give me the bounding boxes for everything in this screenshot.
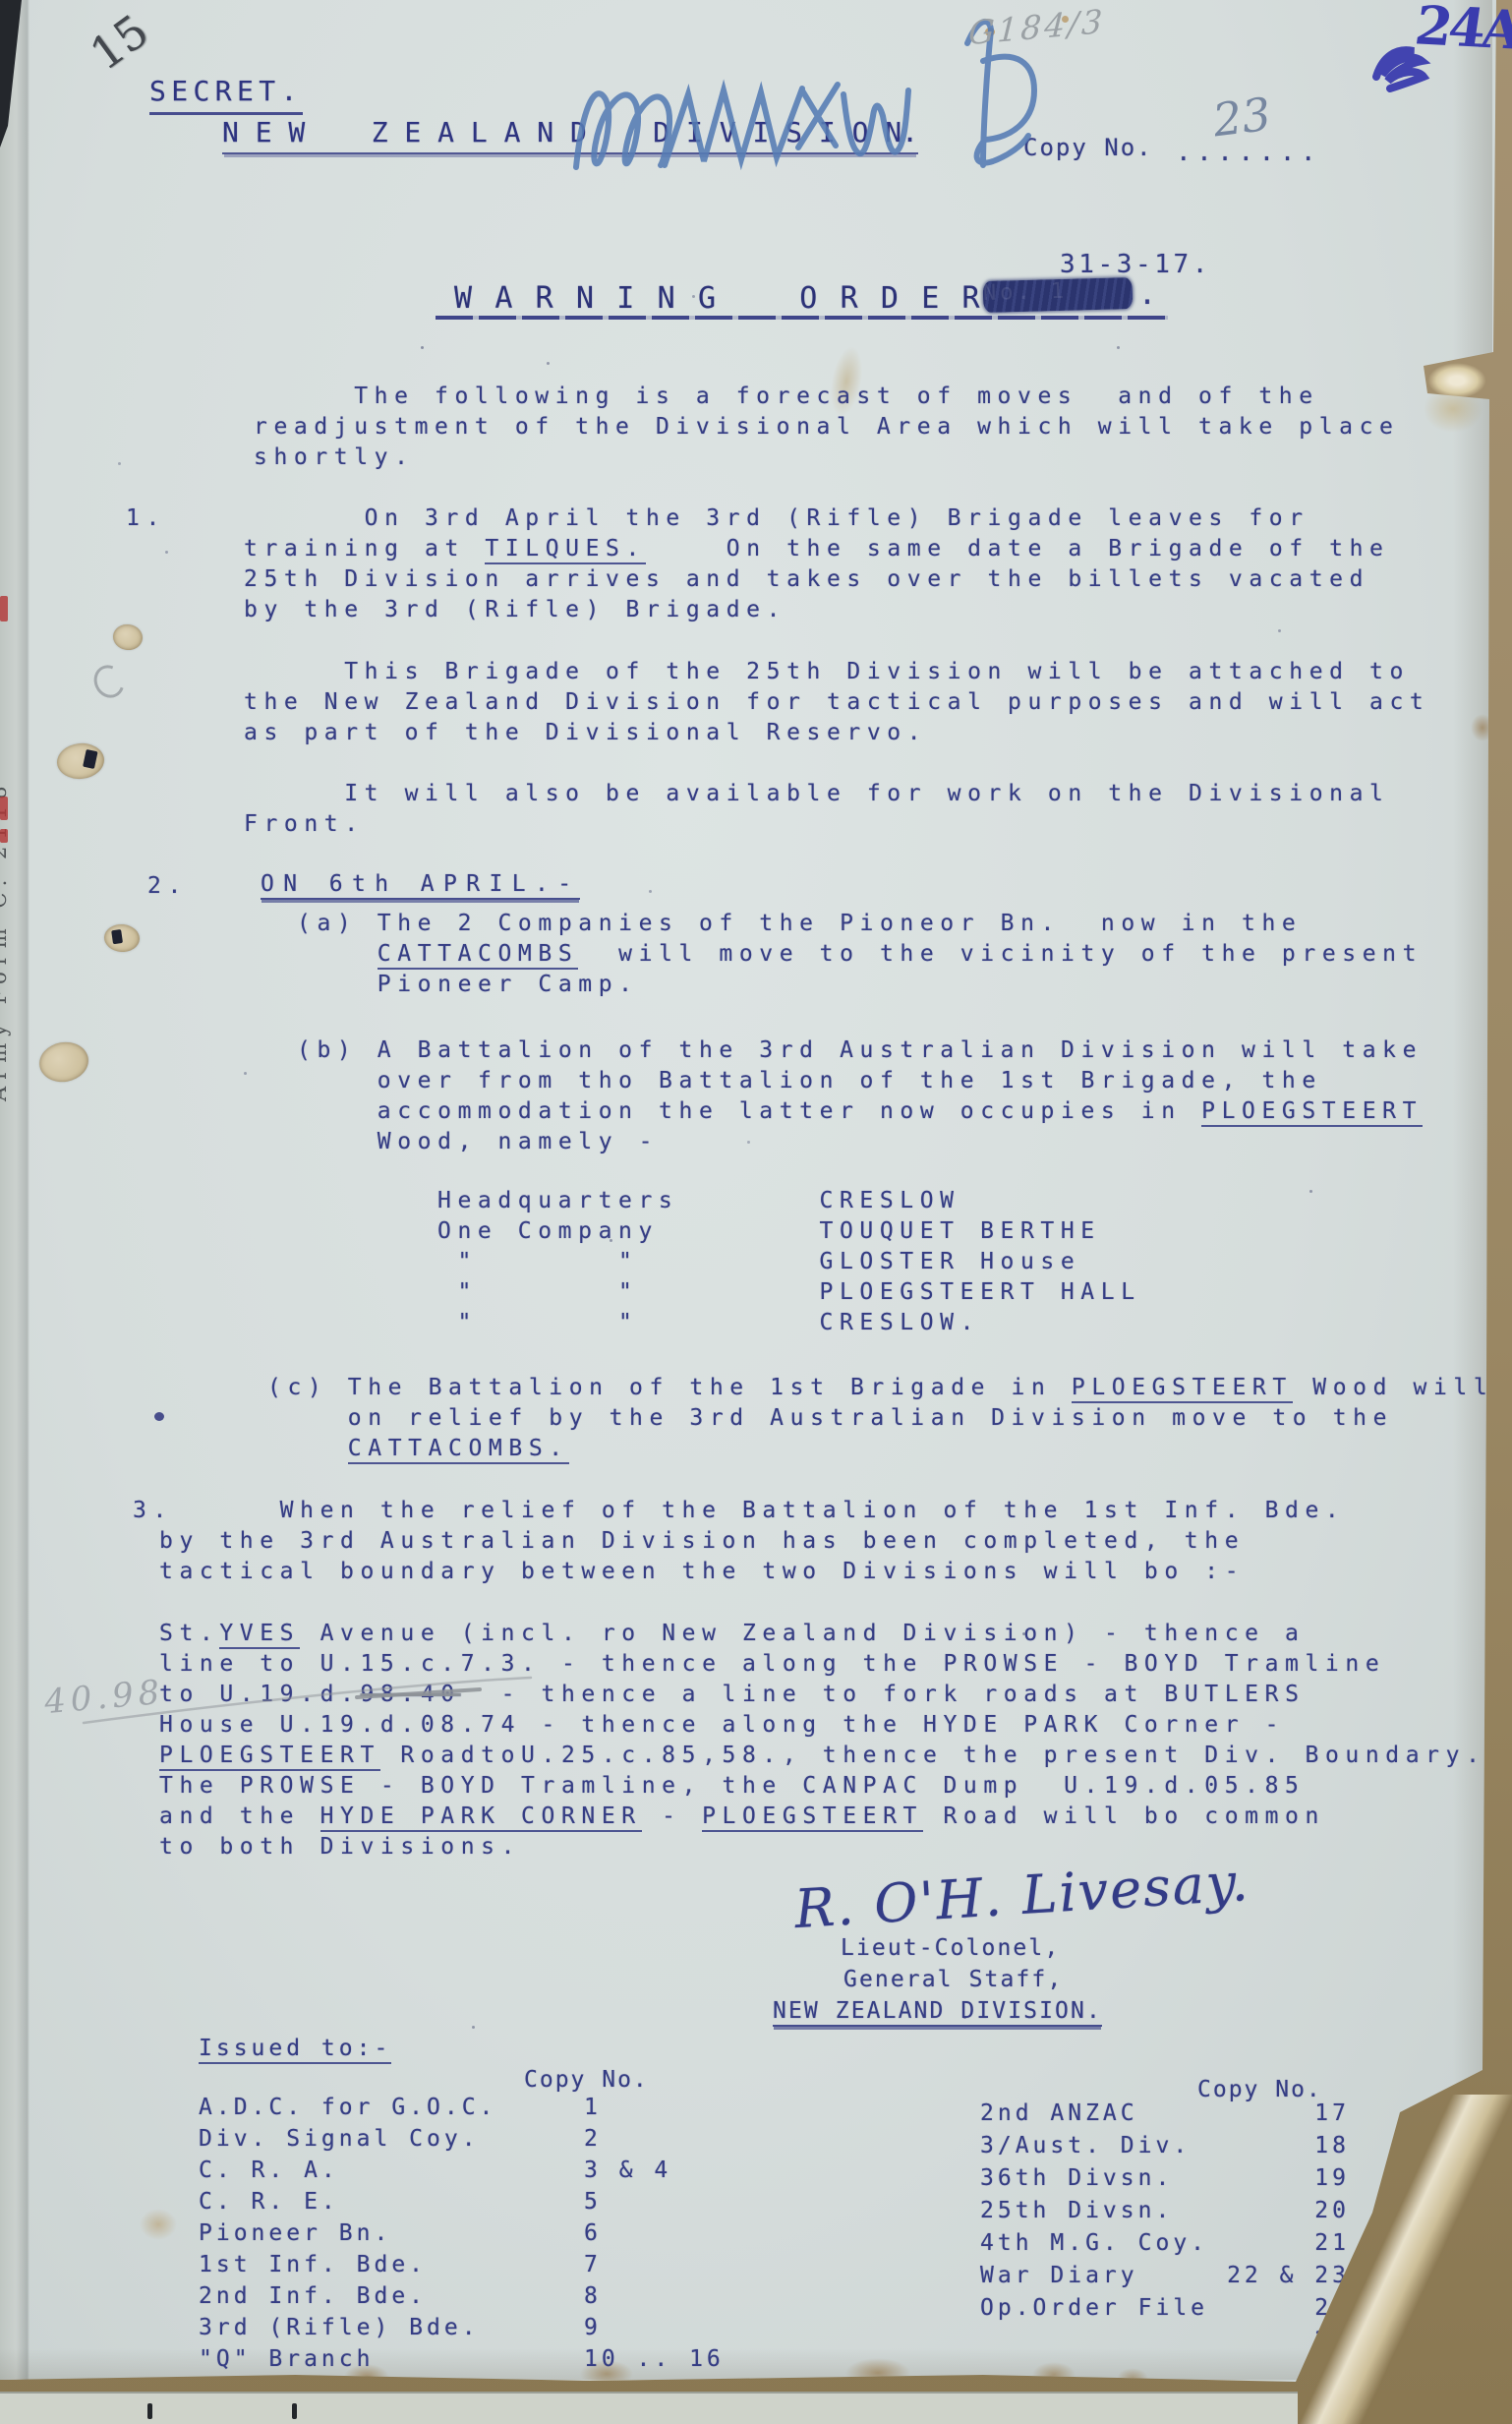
text: training at	[244, 536, 485, 562]
stain	[985, 28, 995, 36]
distribution-row: Pioneer Bn.6	[199, 2220, 496, 2252]
typed-line: and the HYDE PARK CORNER - PLOEGSTEERT R…	[159, 1802, 1486, 1832]
underlined-text: YVES	[219, 1621, 300, 1649]
typed-line: accommodation the latter now occupies in…	[297, 1096, 1423, 1127]
unit-name: 1st Inf. Bde.	[199, 2252, 427, 2277]
unit-name: 3/Aust. Div.	[980, 2133, 1191, 2158]
section2-item-c: (c) The Battalion of the 1st Brigade in …	[267, 1373, 1493, 1464]
copy-number: 5	[584, 2189, 602, 2215]
typed-line: Headquarters CRESLOW	[437, 1186, 1141, 1216]
copy-number: 22 & 23	[1177, 2263, 1350, 2288]
order-date: 31-3-17.	[1060, 250, 1211, 279]
typed-line: (c) The Battalion of the 1st Brigade in …	[267, 1373, 1493, 1403]
punch-hole	[36, 1038, 91, 1086]
distribution-row: 25	[980, 2328, 1208, 2360]
unit-name: C. R. A.	[199, 2158, 339, 2183]
typed-line: on relief by the 3rd Australian Division…	[267, 1403, 1493, 1434]
order-title-underline	[436, 316, 1168, 320]
copy-number: 1	[584, 2095, 602, 2120]
typed-line: On 3rd April the 3rd (Rifle) Brigade lea…	[244, 503, 1390, 534]
typed-line: CATTACOMBS.	[267, 1434, 1493, 1464]
typed-line: House U.19.d.08.74 - thence along the HY…	[159, 1710, 1486, 1741]
division-title: N E W Z E A L A N D D I V I S I O N.	[222, 116, 918, 154]
unit-name: A.D.C. for G.O.C.	[199, 2095, 496, 2120]
paper-sheet: Army Form C. 2118 SECR	[0, 0, 1512, 2424]
order-title: W A R N I N G O R D E R	[454, 281, 982, 316]
typed-line: readjustment of the Divisional Area whic…	[254, 412, 1400, 443]
text: This Brigade of the 25th Division will b…	[244, 659, 1410, 684]
copy-number: 6	[584, 2220, 602, 2246]
unit-name: C. R. E.	[199, 2189, 339, 2215]
text: by the 3rd Australian Division has been …	[159, 1528, 1245, 1554]
typed-line: Wood, namely -	[297, 1127, 1423, 1157]
copy-number: 17	[1177, 2100, 1350, 2126]
text: to U.19.d.	[159, 1682, 360, 1707]
ink-fragment	[83, 749, 97, 769]
text: readjustment of the Divisional Area whic…	[254, 414, 1400, 440]
boundary-paragraph: St.YVES Avenue (incl. ro New Zealand Div…	[159, 1619, 1486, 1862]
typed-line: training at TILQUES. On the same date a …	[244, 534, 1390, 564]
underlined-text: PLOEGSTEERT	[1072, 1375, 1293, 1403]
red-edge-mark	[0, 596, 8, 621]
typed-line: (a) The 2 Companies of the Pioneor Bn. n…	[297, 909, 1423, 939]
typed-line: 25th Division arrives and takes over the…	[244, 564, 1390, 595]
scanned-document-page: Army Form C. 2118 SECR	[0, 0, 1512, 2424]
unit-name: Op.Order File	[980, 2295, 1208, 2321]
distribution-row: "Q" Branch10 .. 16	[199, 2346, 496, 2378]
section2-item-b: (b) A Battalion of the 3rd Australian Di…	[297, 1035, 1423, 1157]
stain	[140, 2209, 177, 2240]
typed-line: PLOEGSTEERT RoadtoU.25.c.85,58., thence …	[159, 1741, 1486, 1771]
typed-line: as part of the Divisional Reservo.	[244, 718, 1429, 748]
typed-line: The PROWSE - BOYD Tramline, the CANPAC D…	[159, 1771, 1486, 1802]
typed-line: tactical boundary between the two Divisi…	[159, 1557, 1345, 1587]
copy-number: 21	[1177, 2230, 1350, 2256]
text: accommodation the latter now occupies in	[297, 1098, 1201, 1124]
distribution-row: War Diary22 & 23	[980, 2263, 1208, 2295]
copy-no-header-right: Copy No.	[1197, 2077, 1322, 2102]
pencil-c-mark	[88, 660, 130, 702]
billeting-table: Headquarters CRESLOWOne Company TOUQUET …	[437, 1186, 1141, 1338]
text: Road will bo common	[923, 1803, 1325, 1829]
ink-specks	[421, 346, 424, 349]
text: When the relief of the Battalion of the …	[159, 1498, 1345, 1523]
text: the New Zealand Division for tactical pu…	[244, 689, 1429, 715]
text: - thence a line to fork roads at BUTLERS	[461, 1682, 1306, 1707]
text: " " CRESLOW.	[437, 1310, 980, 1335]
copy-number: 9	[584, 2315, 602, 2340]
text	[267, 1436, 348, 1461]
signature-division: NEW ZEALAND DIVISION.	[773, 1998, 1102, 2027]
section3-paragraph: When the relief of the Battalion of the …	[159, 1496, 1345, 1587]
text: shortly.	[254, 444, 415, 470]
text: line to U.15.c.7.3. - thence along the P…	[159, 1651, 1385, 1677]
typed-line: CATTACOMBS will move to the vicinity of …	[297, 939, 1423, 970]
unit-name: 25th Divsn.	[980, 2198, 1173, 2223]
typed-line: One Company TOUQUET BERTHE	[437, 1216, 1141, 1247]
typed-line: This Brigade of the 25th Division will b…	[244, 657, 1429, 687]
section-number-2: 2.	[147, 871, 188, 902]
distribution-row: 3rd (Rifle) Bde.9	[199, 2315, 496, 2346]
typed-line: It will also be available for work on th…	[244, 779, 1390, 809]
stain	[1062, 16, 1069, 23]
distribution-row: 36th Divsn.19	[980, 2165, 1208, 2198]
distribution-row: C. R. A.3 & 4	[199, 2158, 496, 2189]
unit-name: 2nd ANZAC	[980, 2100, 1138, 2126]
signature-staff: General Staff,	[843, 1967, 1063, 1992]
text: " " PLOEGSTEERT HALL	[437, 1279, 1141, 1305]
text: -	[642, 1803, 702, 1829]
distribution-row: Op.Order File24	[980, 2295, 1208, 2328]
text: St.	[159, 1621, 219, 1646]
typed-line: (b) A Battalion of the 3rd Australian Di…	[297, 1035, 1423, 1066]
distribution-row: 2nd Inf. Bde.8	[199, 2283, 496, 2315]
section-number-3: 3.	[133, 1496, 173, 1526]
issued-to-label: Issued to:-	[199, 2036, 391, 2064]
punch-hole	[111, 622, 144, 652]
edge-mark	[292, 2403, 297, 2419]
text: on relief by the 3rd Australian Division…	[267, 1405, 1393, 1431]
copy-number: 24	[1177, 2295, 1350, 2321]
typed-line: " " CRESLOW.	[437, 1308, 1141, 1338]
edge-mark	[147, 2403, 152, 2419]
typed-line: line to U.15.c.7.3. - thence along the P…	[159, 1649, 1486, 1680]
distribution-row: 4th M.G. Coy.21	[980, 2230, 1208, 2263]
text: On 3rd April the 3rd (Rifle) Brigade lea…	[244, 505, 1309, 531]
text: Headquarters CRESLOW	[437, 1188, 960, 1213]
typed-line: by the 3rd (Rifle) Brigade.	[244, 595, 1390, 625]
punch-hole	[55, 741, 106, 782]
signature-rank: Lieut-Colonel,	[841, 1935, 1060, 1961]
ink-dot	[154, 1412, 164, 1421]
text: (b) A Battalion of the 3rd Australian Di…	[297, 1037, 1423, 1063]
distribution-row: C. R. E.5	[199, 2189, 496, 2220]
underlined-text: TILQUES.	[485, 536, 646, 564]
text: Avenue (incl. ro New Zealand Division) -…	[300, 1621, 1305, 1646]
distribution-row: 2nd ANZAC17	[980, 2100, 1208, 2133]
text: House U.19.d.08.74 - thence along the HY…	[159, 1712, 1285, 1738]
unit-name: 4th M.G. Coy.	[980, 2230, 1208, 2256]
classification-label: SECRET.	[149, 75, 303, 115]
text: The PROWSE - BOYD Tramline, the CANPAC D…	[159, 1773, 1306, 1799]
text: (c) The Battalion of the 1st Brigade in	[267, 1375, 1072, 1400]
text: 25th Division arrives and takes over the…	[244, 566, 1369, 592]
typed-line: shortly.	[254, 443, 1400, 473]
copy-number: 19	[1177, 2165, 1350, 2191]
underlined-text: CATTACOMBS.	[348, 1436, 569, 1464]
unit-name: Div. Signal Coy.	[199, 2126, 480, 2152]
text: and the	[159, 1803, 320, 1829]
copy-number: 3 & 4	[584, 2158, 671, 2183]
typed-line: Front.	[244, 809, 1390, 840]
section2-heading: ON 6th APRIL.-	[261, 871, 580, 900]
underlying-sheet-edge	[0, 2392, 1298, 2424]
copy-number: 2	[584, 2126, 602, 2152]
copy-number: 20	[1177, 2198, 1350, 2223]
typed-line: The following is a forecast of moves and…	[254, 382, 1400, 412]
text: " " GLOSTER House	[437, 1249, 1080, 1274]
text: will move to the vicinity of the present	[578, 941, 1423, 967]
unit-name: 2nd Inf. Bde.	[199, 2283, 427, 2309]
red-edge-mark	[0, 797, 8, 820]
punch-hole	[103, 923, 141, 953]
copy-no-label: Copy No.	[1023, 134, 1153, 161]
underlined-text: CATTACOMBS	[378, 941, 578, 970]
text	[297, 941, 378, 967]
text: RoadtoU.25.c.85,58., thence the present …	[380, 1743, 1486, 1768]
struck-out-order-number: No. 1	[983, 277, 1134, 313]
section2-item-a: (a) The 2 Companies of the Pioneor Bn. n…	[297, 909, 1423, 1000]
unit-name: 36th Divsn.	[980, 2165, 1173, 2191]
text: Wood will	[1293, 1375, 1493, 1400]
copy-no-dots: .......	[1176, 138, 1321, 167]
text: On the same date a Brigade of the	[646, 536, 1390, 562]
typed-line: to both Divisions.	[159, 1832, 1486, 1862]
unit-name: War Diary	[980, 2263, 1138, 2288]
distribution-row: 25th Divsn.20	[980, 2198, 1208, 2230]
intro-paragraph: The following is a forecast of moves and…	[254, 382, 1400, 473]
distribution-row: 3/Aust. Div.18	[980, 2133, 1208, 2165]
section1-paragraph1: On 3rd April the 3rd (Rifle) Brigade lea…	[244, 503, 1390, 625]
text: (a) The 2 Companies of the Pioneor Bn. n…	[297, 911, 1302, 936]
distribution-row: Div. Signal Coy.2	[199, 2126, 496, 2158]
typed-line: " " GLOSTER House	[437, 1247, 1141, 1277]
copy-number: 7	[584, 2252, 602, 2277]
adjacent-form-edge: Army Form C. 2118	[0, 0, 29, 2380]
section-number-1: 1.	[126, 503, 166, 534]
distribution-list-left: A.D.C. for G.O.C.1Div. Signal Coy.2C. R.…	[199, 2095, 496, 2378]
red-edge-mark	[0, 829, 8, 843]
pencil-struck-text: 98.40	[360, 1682, 460, 1707]
unit-name: Pioneer Bn.	[199, 2220, 391, 2246]
typed-line: Pioneer Camp.	[297, 970, 1423, 1000]
underlined-text: PLOEGSTEERT	[702, 1803, 923, 1832]
text: Pioneer Camp.	[297, 972, 639, 997]
unit-name: 3rd (Rifle) Bde.	[199, 2315, 480, 2340]
copy-number: 18	[1177, 2133, 1350, 2158]
underlined-text: PLOEGSTEERT	[159, 1743, 380, 1771]
section1-paragraph2: This Brigade of the 25th Division will b…	[244, 657, 1429, 748]
section1-paragraph3: It will also be available for work on th…	[244, 779, 1390, 840]
text: over from tho Battalion of the 1st Briga…	[297, 1068, 1322, 1094]
typed-line: to U.19.d.98.40 - thence a line to fork …	[159, 1680, 1486, 1710]
text: Wood, namely -	[297, 1129, 659, 1154]
unit-name: "Q" Branch	[199, 2346, 374, 2372]
distribution-row: A.D.C. for G.O.C.1	[199, 2095, 496, 2126]
typed-line: the New Zealand Division for tactical pu…	[244, 687, 1429, 718]
distribution-row: 1st Inf. Bde.7	[199, 2252, 496, 2283]
text: The following is a forecast of moves and…	[254, 384, 1319, 409]
copy-no-header-left: Copy No.	[524, 2067, 649, 2093]
typed-line: " " PLOEGSTEERT HALL	[437, 1277, 1141, 1308]
text: One Company TOUQUET BERTHE	[437, 1218, 1101, 1244]
underlined-text: PLOEGSTEERT	[1201, 1098, 1423, 1127]
ink-fragment	[111, 929, 123, 944]
text: tactical boundary between the two Divisi…	[159, 1559, 1245, 1584]
text: to both Divisions.	[159, 1834, 521, 1860]
copy-number: 8	[584, 2283, 602, 2309]
typed-line: by the 3rd Australian Division has been …	[159, 1526, 1345, 1557]
text: It will also be available for work on th…	[244, 781, 1390, 806]
typed-line: over from tho Battalion of the 1st Briga…	[297, 1066, 1423, 1096]
typed-line: St.YVES Avenue (incl. ro New Zealand Div…	[159, 1619, 1486, 1649]
copy-number: 10 .. 16	[584, 2346, 725, 2372]
text: by the 3rd (Rifle) Brigade.	[244, 597, 786, 622]
typed-line: When the relief of the Battalion of the …	[159, 1496, 1345, 1526]
distribution-list-right: 2nd ANZAC173/Aust. Div.1836th Divsn.1925…	[980, 2100, 1208, 2360]
struck-text: No. 1	[983, 279, 1069, 306]
text: as part of the Divisional Reservo.	[244, 720, 927, 745]
underlined-text: HYDE PARK CORNER	[320, 1803, 642, 1832]
order-title-period: .	[1138, 277, 1156, 312]
text: Front.	[244, 811, 365, 837]
